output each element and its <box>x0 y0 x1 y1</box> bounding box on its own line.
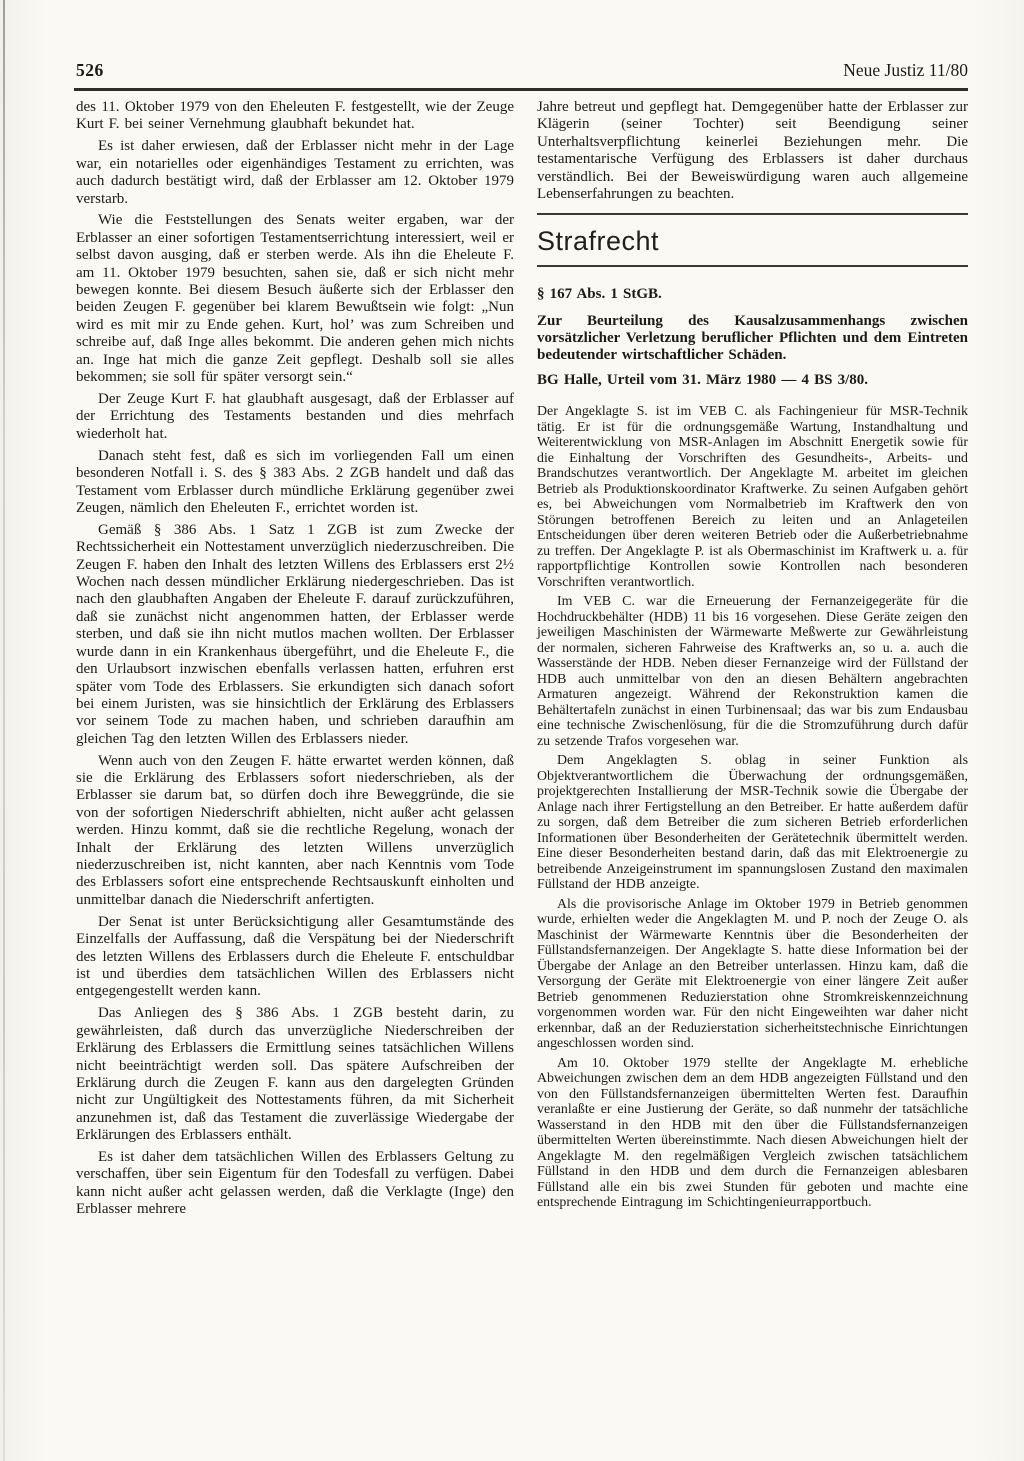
paragraph: Wie die Feststellungen des Senats weiter… <box>76 212 514 386</box>
paragraph: Der Angeklagte S. ist im VEB C. als Fach… <box>537 404 968 590</box>
left-column: des 11. Oktober 1979 von den Eheleuten F… <box>76 99 514 1223</box>
paragraph: Es ist daher dem tatsächlichen Willen de… <box>76 1149 514 1219</box>
paragraph: Der Zeuge Kurt F. hat glaubhaft ausgesag… <box>76 391 514 443</box>
paragraph: Als die provisorische Anlage im Oktober … <box>537 897 968 1052</box>
header-rule <box>74 88 968 91</box>
journal-issue-title: Neue Justiz 11/80 <box>843 60 968 81</box>
journal-page: 526 Neue Justiz 11/80 des 11. Oktober 19… <box>0 0 1024 1461</box>
paragraph: Wenn auch von den Zeugen F. hätte erwart… <box>76 753 514 910</box>
paragraph: Das Anliegen des § 386 Abs. 1 ZGB besteh… <box>76 1005 514 1144</box>
scan-edge-line <box>3 0 5 1461</box>
section-title: Strafrecht <box>537 215 968 265</box>
court-reference: BG Halle, Urteil vom 31. März 1980 — 4 B… <box>537 372 968 389</box>
paragraph: Gemäß § 386 Abs. 1 Satz 1 ZGB ist zum Zw… <box>76 522 514 748</box>
paragraph: Am 10. Oktober 1979 stellte der Angeklag… <box>537 1056 968 1211</box>
paragraph: Dem Angeklagten S. oblag in seiner Funkt… <box>537 753 968 893</box>
paragraph: Jahre betreut und gepflegt hat. Demgegen… <box>537 99 968 203</box>
paragraph: Danach steht fest, daß es sich im vorlie… <box>76 448 514 518</box>
statute-reference: § 167 Abs. 1 StGB. <box>537 286 968 303</box>
right-column: Jahre betreut und gepflegt hat. Demgegen… <box>537 99 968 1215</box>
paragraph: Im VEB C. war die Erneuerung der Fernanz… <box>537 594 968 749</box>
paragraph: Es ist daher erwiesen, daß der Erblasser… <box>76 138 514 208</box>
section-heading-block: Strafrecht <box>537 213 968 267</box>
case-headnote: Zur Beurteilung des Kausalzusammenhangs … <box>537 313 968 365</box>
section-rule-bottom <box>537 265 968 267</box>
page-number: 526 <box>76 60 104 81</box>
case-body: Der Angeklagte S. ist im VEB C. als Fach… <box>537 404 968 1211</box>
paragraph: des 11. Oktober 1979 von den Eheleuten F… <box>76 99 514 134</box>
paragraph: Der Senat ist unter Berücksichtigung all… <box>76 914 514 1001</box>
